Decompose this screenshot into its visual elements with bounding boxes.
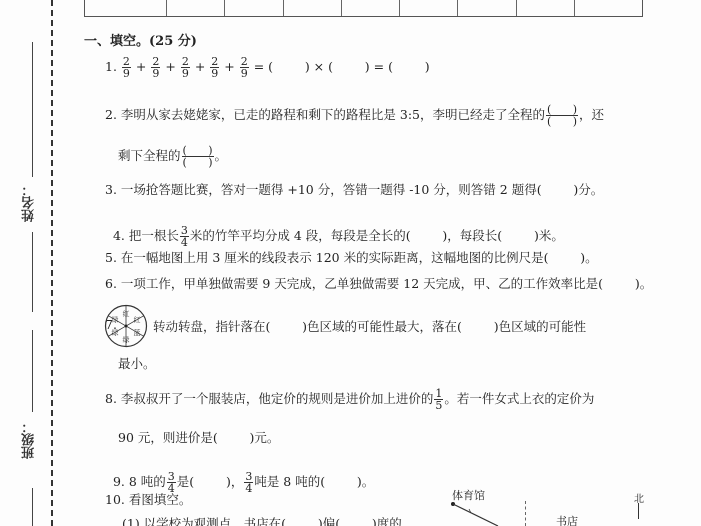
map-label-north: 北 bbox=[634, 490, 644, 505]
score-cell[interactable] bbox=[399, 0, 400, 16]
map-label-bookstore: 书店 bbox=[556, 513, 578, 526]
q2-text: 2. 李明从家去姥姥家，已走的路程和剩下的路程比是 3:5，李明已经走了全程的 bbox=[105, 107, 545, 122]
question-5: 5. 在一幅地图上用 3 厘米的线段表示 120 米的实际距离，这幅地图的比例尺… bbox=[105, 248, 598, 266]
question-7: 转动转盘，指针落在( )色区域的可能性最大，落在( )色区域的可能性 bbox=[153, 317, 586, 335]
q2-text-end: ，还 bbox=[579, 107, 604, 122]
question-10-sub1: (1) 以学校为观测点，书店在( )偏( )度的 bbox=[122, 514, 402, 526]
class-underline bbox=[32, 330, 33, 412]
score-cell[interactable] bbox=[283, 0, 284, 16]
q2-text: 剩下全程的 bbox=[118, 148, 181, 163]
question-8-line2: 90 元，则进价是( )元。 bbox=[118, 428, 279, 446]
question-7-line2: 最小。 bbox=[118, 354, 156, 372]
q1-number: 1. bbox=[105, 59, 117, 74]
fraction: 29 bbox=[240, 56, 249, 79]
svg-text:绿: 绿 bbox=[123, 335, 130, 344]
fraction: 29 bbox=[151, 56, 160, 79]
question-1: 1. 29 + 29 + 29 + 29 + 29 = ( ) × ( ) = … bbox=[105, 56, 430, 79]
question-2: 2. 李明从家去姥姥家，已走的路程和剩下的路程比是 3:5，李明已经走了全程的(… bbox=[105, 104, 604, 127]
spinner-wheel-icon: 红 红 蓝 绿 绿 绿 bbox=[104, 304, 148, 348]
score-cell[interactable] bbox=[166, 0, 167, 16]
svg-text:绿: 绿 bbox=[112, 315, 119, 324]
fraction: 29 bbox=[210, 56, 219, 79]
map-path-line bbox=[448, 500, 518, 526]
class-label: 班级： bbox=[20, 420, 39, 459]
name-underline bbox=[32, 42, 33, 177]
question-6: 6. 一项工作，甲单独做需要 9 天完成，乙单独做需要 12 天完成，甲、乙的工… bbox=[105, 274, 652, 292]
score-cell[interactable] bbox=[457, 0, 458, 16]
svg-text:红: 红 bbox=[123, 309, 130, 318]
question-10-title: 10. 看图填空。 bbox=[105, 490, 191, 508]
north-arrow-icon bbox=[638, 503, 639, 519]
fraction: 34 bbox=[180, 225, 189, 248]
score-cell[interactable] bbox=[516, 0, 517, 16]
question-2-line2: 剩下全程的()()。 bbox=[118, 145, 227, 168]
score-table: 得 分 bbox=[84, 0, 643, 17]
score-cell[interactable] bbox=[574, 0, 575, 16]
answer-blanks[interactable]: = ( ) × ( ) = ( ) bbox=[254, 59, 430, 74]
class-underline bbox=[32, 488, 33, 526]
question-9: 9. 8 吨的34是( )，34吨是 8 吨的( )。 bbox=[105, 456, 374, 494]
blank-fraction[interactable]: ()() bbox=[182, 145, 214, 168]
binding-dashed-line bbox=[51, 0, 53, 526]
name-underline bbox=[32, 232, 33, 312]
question-8: 8. 李叔叔开了一个服装店，他定价的规则是进价加上进价的15。若一件女式上衣的定… bbox=[105, 388, 594, 411]
svg-text:蓝: 蓝 bbox=[134, 328, 141, 337]
map-dashed-axis bbox=[525, 501, 526, 526]
question-4: 4. 把一根长34米的竹竿平均分成 4 段，每段是全长的( )，每段长( )米。 bbox=[105, 210, 564, 248]
question-3: 3. 一场抢答题比赛，答对一题得 +10 分，答错一题得 -10 分，则答错 2… bbox=[105, 180, 603, 198]
svg-text:绿: 绿 bbox=[112, 328, 119, 337]
score-cell[interactable] bbox=[341, 0, 342, 16]
fraction: 29 bbox=[122, 56, 131, 79]
section-title: 一、填空。(25 分) bbox=[84, 30, 197, 49]
score-label: 得 分 bbox=[95, 0, 156, 1]
fraction: 15 bbox=[434, 388, 443, 411]
fraction: 29 bbox=[181, 56, 190, 79]
fraction: 34 bbox=[244, 471, 253, 494]
blank-fraction[interactable]: ()() bbox=[546, 104, 578, 127]
name-label: 姓名： bbox=[20, 183, 39, 222]
score-cell[interactable] bbox=[224, 0, 225, 16]
svg-text:红: 红 bbox=[134, 315, 141, 324]
